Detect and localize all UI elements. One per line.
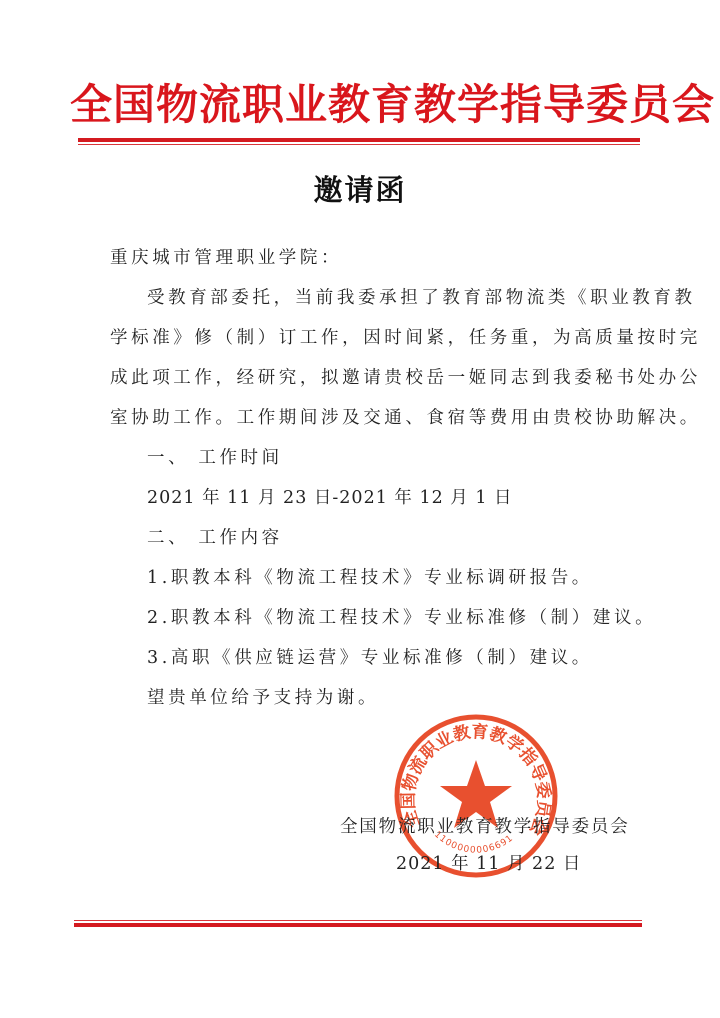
body-line: 室协助工作。工作期间涉及交通、食宿等费用由贵校协助解决。: [110, 406, 701, 430]
section-time-heading: 一、 工作时间: [147, 446, 283, 470]
content-item: 2.职教本科《物流工程技术》专业标准修（制）建议。: [147, 606, 656, 630]
content-item: 3.高职《供应链运营》专业标准修（制）建议。: [147, 646, 593, 670]
header-rule-thick: [78, 138, 640, 142]
header-rule-thin: [78, 144, 640, 145]
signature-date: 2021 年 11 月 22 日: [396, 852, 581, 876]
document-title: 邀请函: [0, 168, 720, 209]
body-line: 成此项工作，经研究，拟邀请贵校岳一姬同志到我委秘书处办公: [110, 366, 701, 390]
organization-header: 全国物流职业教育教学指导委员会: [70, 78, 660, 132]
body-line: 学标准》修（制）订工作，因时间紧，任务重，为高质量按时完: [110, 326, 701, 350]
recipient: 重庆城市管理职业学院：: [110, 246, 342, 270]
body-line: 受教育部委托，当前我委承担了教育部物流类《职业教育教: [147, 286, 696, 310]
content-item: 1.职教本科《物流工程技术》专业标调研报告。: [147, 566, 593, 590]
closing-line: 望贵单位给予支持为谢。: [147, 686, 379, 710]
footer-rule-thick: [74, 923, 642, 927]
section-content-heading: 二、 工作内容: [147, 526, 283, 550]
footer-rule-thin: [74, 920, 642, 921]
signature-organization: 全国物流职业教育教学指导委员会: [340, 815, 630, 839]
section-time-value: 2021 年 11 月 23 日-2021 年 12 月 1 日: [147, 486, 513, 510]
